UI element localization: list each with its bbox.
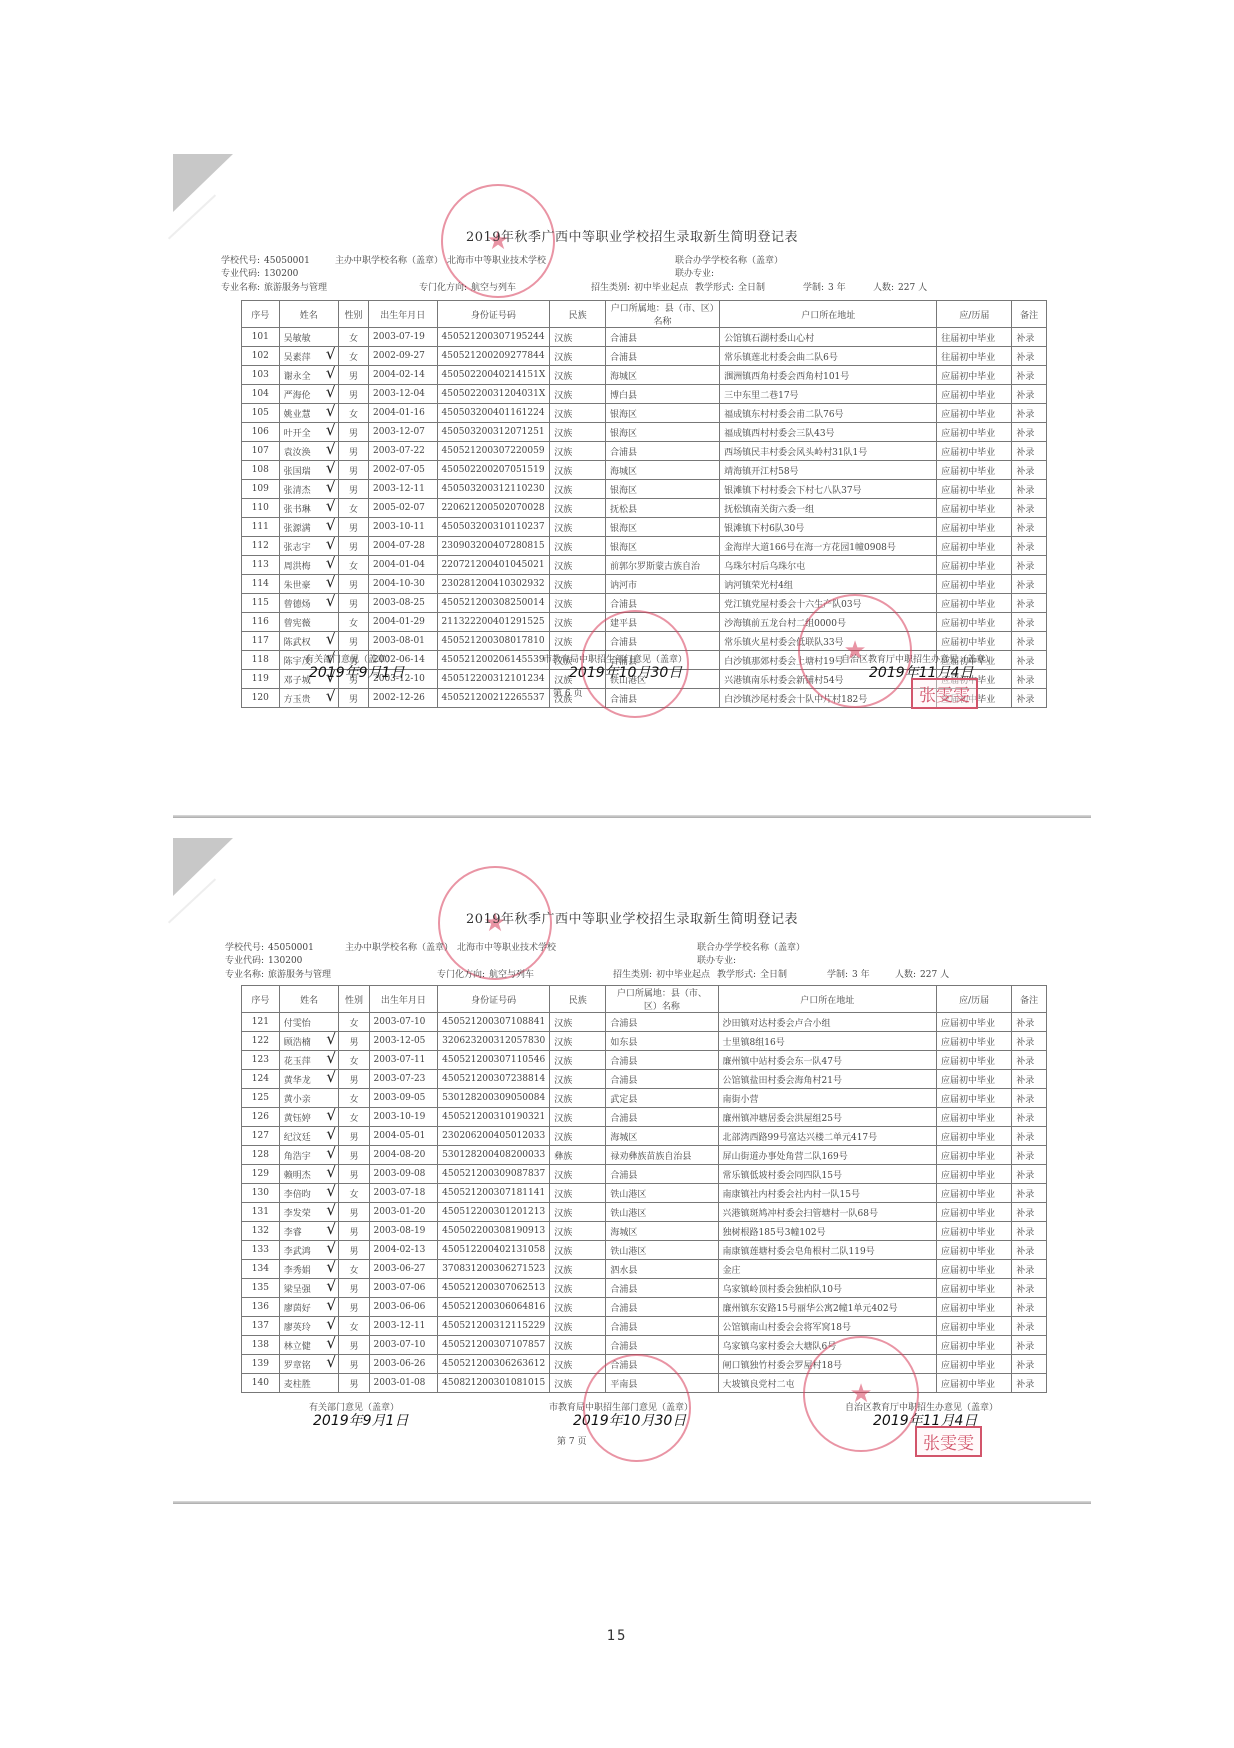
gender-cell: 女 xyxy=(339,1051,369,1070)
table-header-row: 序号姓名性别出生年月日身份证号码民族户口所属地：县（市、区）名称户口所在地址应/… xyxy=(242,301,1047,328)
seq-cell: 138✓ xyxy=(242,1336,280,1355)
graduate-type-cell: 应届初中毕业 xyxy=(937,1146,1012,1165)
birthdate-cell: 2002-09-27 xyxy=(369,347,438,366)
name-cell: 袁汝涣√ xyxy=(279,442,338,461)
seq-cell: 112✓ xyxy=(242,537,280,556)
address-cell: 廉州镇中站村委会东一队47号 xyxy=(718,1051,936,1070)
graduate-type-cell: 应届初中毕业 xyxy=(937,518,1012,537)
graduate-type-cell: 应届初中毕业 xyxy=(937,1222,1012,1241)
graduate-type-cell: 应届初中毕业 xyxy=(937,537,1012,556)
name-cell: 谢永全√ xyxy=(279,366,338,385)
address-cell: 乌珠尔村后乌珠尔屯 xyxy=(720,556,937,575)
check-mark-icon: √ xyxy=(326,385,336,402)
id-number-cell: 450503200312110230 xyxy=(437,480,550,499)
ethnicity-cell: 汉族 xyxy=(550,1127,606,1146)
table-row: 138✓林立健√男2003-07-10450521200307107857汉族合… xyxy=(242,1336,1047,1355)
id-number-cell: 450521200307108841 xyxy=(438,1013,550,1032)
remark-cell: 补录 xyxy=(1012,1374,1047,1393)
ethnicity-cell: 汉族 xyxy=(550,480,606,499)
ethnicity-cell: 汉族 xyxy=(550,499,606,518)
column-header: 应/历届 xyxy=(937,301,1012,328)
remark-cell: 补录 xyxy=(1012,1279,1047,1298)
address-cell: 金海岸大道166号在海一方花园1幢0908号 xyxy=(720,537,937,556)
id-number-cell: 450512200402131058 xyxy=(438,1241,550,1260)
county-cell: 合浦县 xyxy=(606,1279,718,1298)
ethnicity-cell: 汉族 xyxy=(550,1279,606,1298)
birthdate-cell: 2003-01-08 xyxy=(369,1374,438,1393)
seq-cell: 125 xyxy=(242,1089,280,1108)
check-mark-icon: √ xyxy=(326,632,336,649)
table-row: 123✓花玉萍√女2003-07-11450521200307110546汉族合… xyxy=(242,1051,1047,1070)
graduate-type-cell: 应届初中毕业 xyxy=(937,423,1012,442)
gender-cell: 男 xyxy=(338,594,368,613)
id-number-cell: 450521200209277844 xyxy=(437,347,550,366)
table-row: 111✓张源满√男2003-10-11450503200310110237汉族银… xyxy=(242,518,1047,537)
graduate-type-cell: 应届初中毕业 xyxy=(937,366,1012,385)
gender-cell: 女 xyxy=(339,1260,369,1279)
seq-cell: 114✓ xyxy=(242,575,280,594)
column-header: 序号 xyxy=(242,986,280,1013)
name-cell: 李发荣√ xyxy=(279,1203,339,1222)
check-mark-icon: √ xyxy=(326,556,336,573)
county-cell: 抚松县 xyxy=(605,499,719,518)
address-cell: 沙田镇对达村委会卢合小组 xyxy=(718,1013,936,1032)
seq-cell: 104✓ xyxy=(242,385,280,404)
graduate-type-cell: 应届初中毕业 xyxy=(937,556,1012,575)
table-row: 127✓纪汶廷√男2004-05-01230206200405012033汉族海… xyxy=(242,1127,1047,1146)
check-mark-icon: √ xyxy=(326,480,336,497)
ethnicity-cell: 汉族 xyxy=(550,1165,606,1184)
county-cell: 铁山港区 xyxy=(606,1203,718,1222)
duration: 学制:3 年 xyxy=(803,280,846,293)
county-cell: 合浦县 xyxy=(606,1317,718,1336)
graduate-type-cell: 应届初中毕业 xyxy=(937,575,1012,594)
county-cell: 银海区 xyxy=(605,423,719,442)
birthdate-cell: 2004-08-20 xyxy=(369,1146,438,1165)
county-cell: 合浦县 xyxy=(605,347,719,366)
check-mark-icon: √ xyxy=(326,1298,336,1315)
id-number-cell: 370831200306271523 xyxy=(438,1260,550,1279)
remark-cell: 补录 xyxy=(1012,328,1047,347)
birthdate-cell: 2005-02-07 xyxy=(369,499,438,518)
graduate-type-cell: 应届初中毕业 xyxy=(937,1336,1012,1355)
table-row: 109✓张清杰√男2003-12-11450503200312110230汉族银… xyxy=(242,480,1047,499)
birthdate-cell: 2004-01-04 xyxy=(369,556,438,575)
seq-cell: 103✓ xyxy=(242,366,280,385)
remark-cell: 补录 xyxy=(1012,1298,1047,1317)
seq-cell: 115✓ xyxy=(242,594,280,613)
gender-cell: 女 xyxy=(339,1013,369,1032)
seq-cell: 135✓ xyxy=(242,1279,280,1298)
table-row: 104✓严海伦√男2003-12-0445050220031204031X汉族博… xyxy=(242,385,1047,404)
check-mark-icon: √ xyxy=(326,575,336,592)
column-header: 户口所在地址 xyxy=(718,986,936,1013)
address-cell: 福成镇西村村委会三队43号 xyxy=(720,423,937,442)
county-cell: 银海区 xyxy=(605,537,719,556)
name-cell: 朱世豪√ xyxy=(279,575,338,594)
ethnicity-cell: 汉族 xyxy=(550,328,606,347)
graduate-type-cell: 应届初中毕业 xyxy=(937,1165,1012,1184)
column-header: 序号 xyxy=(242,301,280,328)
graduate-type-cell: 应届初中毕业 xyxy=(937,1355,1012,1374)
gender-cell: 男 xyxy=(338,385,368,404)
check-mark-icon: √ xyxy=(326,1051,336,1068)
name-cell: 方玉贵√ xyxy=(279,689,338,708)
address-cell: 靖海镇开江村58号 xyxy=(720,461,937,480)
address-cell: 南街小营 xyxy=(718,1089,936,1108)
check-mark-icon: √ xyxy=(326,347,336,364)
graduate-type-cell: 应届初中毕业 xyxy=(937,1203,1012,1222)
remark-cell: 补录 xyxy=(1012,632,1047,651)
column-header: 性别 xyxy=(339,986,369,1013)
gender-cell: 女 xyxy=(338,556,368,575)
region-office-seal: ★ xyxy=(803,1336,919,1452)
scanned-sheet: ★ 2019年秋季广西中等职业学校招生录取新生简明登记表 学校代号:450500… xyxy=(173,838,1091,1504)
major-name: 专业名称:旅游服务与管理 xyxy=(225,967,331,980)
student-count: 人数:227 人 xyxy=(873,280,927,293)
address-cell: 乌家镇岭顶村委会独柏队10号 xyxy=(718,1279,936,1298)
ethnicity-cell: 汉族 xyxy=(550,1317,606,1336)
name-cell: 吴敏敏 xyxy=(279,328,338,347)
id-number-cell: 320623200312057830 xyxy=(438,1032,550,1051)
address-cell: 福成镇东村村委会甫二队76号 xyxy=(720,404,937,423)
seq-cell: 131✓ xyxy=(242,1203,280,1222)
name-cell: 叶开全√ xyxy=(279,423,338,442)
seq-cell: 140 xyxy=(242,1374,280,1393)
remark-cell: 补录 xyxy=(1012,385,1047,404)
county-cell: 海城区 xyxy=(605,461,719,480)
seq-cell: 123✓ xyxy=(242,1051,280,1070)
check-mark-icon: √ xyxy=(326,594,336,611)
seq-cell: 129✓ xyxy=(242,1165,280,1184)
address-cell: 兴港镇斑鸠冲村委会扫管塘村一队68号 xyxy=(718,1203,936,1222)
id-number-cell: 450521200307195244 xyxy=(437,328,550,347)
birthdate-cell: 2003-09-05 xyxy=(369,1089,438,1108)
seq-cell: 133✓ xyxy=(242,1241,280,1260)
county-cell: 银海区 xyxy=(605,518,719,537)
id-number-cell: 450521200307238814 xyxy=(438,1070,550,1089)
joint-major: 联办专业: xyxy=(697,953,736,966)
id-number-cell: 450521200306064816 xyxy=(438,1298,550,1317)
birthdate-cell: 2003-10-11 xyxy=(369,518,438,537)
birthdate-cell: 2004-10-30 xyxy=(369,575,438,594)
birthdate-cell: 2003-07-11 xyxy=(369,1051,438,1070)
remark-cell: 补录 xyxy=(1012,1127,1047,1146)
remark-cell: 补录 xyxy=(1012,1108,1047,1127)
gender-cell: 男 xyxy=(339,1165,369,1184)
ethnicity-cell: 汉族 xyxy=(550,537,606,556)
seq-cell: 102✓ xyxy=(242,347,280,366)
table-row: 105✓姚业慧√女2004-01-16450503200401161224汉族银… xyxy=(242,404,1047,423)
seq-cell: 126✓ xyxy=(242,1108,280,1127)
remark-cell: 补录 xyxy=(1012,1051,1047,1070)
address-cell: 西场镇民丰村委会风头岭村31队1号 xyxy=(720,442,937,461)
joint-school: 联合办学学校名称（盖章） xyxy=(675,253,783,266)
county-cell: 泗水县 xyxy=(606,1260,718,1279)
remark-cell: 补录 xyxy=(1012,1013,1047,1032)
ethnicity-cell: 汉族 xyxy=(550,1336,606,1355)
gender-cell: 男 xyxy=(339,1127,369,1146)
graduate-type-cell: 应届初中毕业 xyxy=(937,385,1012,404)
check-mark-icon: √ xyxy=(326,423,336,440)
graduate-type-cell: 应届初中毕业 xyxy=(937,1374,1012,1393)
table-row: 133✓李武鸿√男2004-02-13450512200402131058汉族铁… xyxy=(242,1241,1047,1260)
birthdate-cell: 2003-09-08 xyxy=(369,1165,438,1184)
ethnicity-cell: 汉族 xyxy=(550,347,606,366)
birthdate-cell: 2003-12-04 xyxy=(369,385,438,404)
seq-cell: 101 xyxy=(242,328,280,347)
page-number: 15 xyxy=(0,1628,1234,1644)
signature-stamp: 张雯雯 xyxy=(911,678,978,709)
remark-cell: 补录 xyxy=(1012,1089,1047,1108)
birthdate-cell: 2003-07-10 xyxy=(369,1013,438,1032)
birthdate-cell: 2003-07-10 xyxy=(369,1336,438,1355)
remark-cell: 补录 xyxy=(1012,651,1047,670)
check-mark-icon: √ xyxy=(326,1127,336,1144)
seq-cell: 124✓ xyxy=(242,1070,280,1089)
host-school: 主办中职学校名称（盖章）北海市中等职业技术学校 xyxy=(345,940,556,953)
table-row: 115✓曾德炀√男2003-08-25450521200308250014汉族合… xyxy=(242,594,1047,613)
seq-cell: 136✓ xyxy=(242,1298,280,1317)
ethnicity-cell: 汉族 xyxy=(550,594,606,613)
check-mark-icon: √ xyxy=(326,1355,336,1372)
county-cell: 武定县 xyxy=(606,1089,718,1108)
ethnicity-cell: 汉族 xyxy=(550,1222,606,1241)
ethnicity-cell: 汉族 xyxy=(550,1241,606,1260)
address-cell: 南康镇莲塘村委会皂角根村二队119号 xyxy=(718,1241,936,1260)
birthdate-cell: 2003-12-11 xyxy=(369,1317,438,1336)
address-cell: 涠洲镇西角村委会西角村101号 xyxy=(720,366,937,385)
name-cell: 罗章铭√ xyxy=(279,1355,339,1374)
county-cell: 合浦县 xyxy=(605,594,719,613)
birthdate-cell: 2003-07-18 xyxy=(369,1184,438,1203)
gender-cell: 男 xyxy=(338,461,368,480)
region-office-seal: ★ xyxy=(798,594,912,708)
graduate-type-cell: 应届初中毕业 xyxy=(937,1108,1012,1127)
column-header: 应/历届 xyxy=(937,986,1012,1013)
seq-cell: 139✓ xyxy=(242,1355,280,1374)
name-cell: 花玉萍√ xyxy=(279,1051,339,1070)
gender-cell: 男 xyxy=(338,366,368,385)
host-school: 主办中职学校名称（盖章）北海市中等职业技术学校 xyxy=(335,253,546,266)
id-number-cell: 45050220031204031X xyxy=(437,385,550,404)
graduate-type-cell: 应届初中毕业 xyxy=(937,499,1012,518)
county-cell: 合浦县 xyxy=(606,1298,718,1317)
county-cell: 海城区 xyxy=(606,1222,718,1241)
county-cell: 海城区 xyxy=(606,1127,718,1146)
ethnicity-cell: 汉族 xyxy=(550,1108,606,1127)
seq-cell: 113✓ xyxy=(242,556,280,575)
graduate-type-cell: 应届初中毕业 xyxy=(937,461,1012,480)
gender-cell: 女 xyxy=(339,1317,369,1336)
name-cell: 黄华龙√ xyxy=(279,1070,339,1089)
remark-cell: 补录 xyxy=(1012,1203,1047,1222)
table-row: 130✓李倍昀√女2003-07-18450521200307181141汉族铁… xyxy=(242,1184,1047,1203)
ethnicity-cell: 汉族 xyxy=(550,461,606,480)
id-number-cell: 45050220040214151X xyxy=(437,366,550,385)
gender-cell: 男 xyxy=(339,1355,369,1374)
county-cell: 合浦县 xyxy=(606,1108,718,1127)
scanned-sheet: ★ 2019年秋季广西中等职业学校招生录取新生简明登记表 学校代号:450500… xyxy=(173,154,1091,818)
remark-cell: 补录 xyxy=(1012,347,1047,366)
check-mark-icon: √ xyxy=(326,1260,336,1277)
gender-cell: 男 xyxy=(339,1222,369,1241)
table-row: 113✓周洪梅√女2004-01-04220721200401045021汉族前… xyxy=(242,556,1047,575)
table-row: 114✓朱世豪√男2004-10-30230281200410302932汉族讷… xyxy=(242,575,1047,594)
graduate-type-cell: 应届初中毕业 xyxy=(937,1184,1012,1203)
seq-cell: 111✓ xyxy=(242,518,280,537)
graduate-type-cell: 应届初中毕业 xyxy=(937,1279,1012,1298)
remark-cell: 补录 xyxy=(1012,689,1047,708)
seq-cell: 132✓ xyxy=(242,1222,280,1241)
name-cell: 张源满√ xyxy=(279,518,338,537)
birthdate-cell: 2003-08-19 xyxy=(369,1222,438,1241)
column-header: 民族 xyxy=(550,986,606,1013)
enroll-info: 招生类别:初中毕业起点 教学形式:全日制 xyxy=(613,967,787,980)
remark-cell: 补录 xyxy=(1012,480,1047,499)
graduate-type-cell: 应届初中毕业 xyxy=(937,1298,1012,1317)
id-number-cell: 450521200212265537 xyxy=(437,689,550,708)
seq-cell: 110✓ xyxy=(242,499,280,518)
name-cell: 角浩宇√ xyxy=(279,1146,339,1165)
id-number-cell: 450521200309087837 xyxy=(438,1165,550,1184)
seq-cell: 121 xyxy=(242,1013,280,1032)
seq-cell: 116 xyxy=(242,613,280,632)
check-mark-icon: √ xyxy=(326,366,336,383)
address-cell: 廉州镇东安路15号丽华公寓2幢1单元402号 xyxy=(718,1298,936,1317)
birthdate-cell: 2002-07-05 xyxy=(369,461,438,480)
address-cell: 常乐镇莲北村委会曲二队6号 xyxy=(720,347,937,366)
ethnicity-cell: 汉族 xyxy=(550,366,606,385)
address-cell: 公馆镇南山村委会会将军窝18号 xyxy=(718,1317,936,1336)
name-cell: 曾德炀√ xyxy=(279,594,338,613)
gender-cell: 男 xyxy=(339,1241,369,1260)
remark-cell: 补录 xyxy=(1012,575,1047,594)
name-cell: 李秀娟√ xyxy=(279,1260,339,1279)
column-header: 出生年月日 xyxy=(369,301,438,328)
gender-cell: 男 xyxy=(339,1146,369,1165)
graduate-type-cell: 应届初中毕业 xyxy=(937,1089,1012,1108)
remark-cell: 补录 xyxy=(1012,1146,1047,1165)
ethnicity-cell: 汉族 xyxy=(550,1013,606,1032)
ethnicity-cell: 汉族 xyxy=(550,1089,606,1108)
check-mark-icon: √ xyxy=(326,689,336,706)
id-number-cell: 450521200310190321 xyxy=(438,1108,550,1127)
id-number-cell: 211322200401291525 xyxy=(437,613,550,632)
address-cell: 士里镇8组16号 xyxy=(718,1032,936,1051)
birthdate-cell: 2004-05-01 xyxy=(369,1127,438,1146)
county-cell: 合浦县 xyxy=(606,1051,718,1070)
address-cell: 三中东里二巷17号 xyxy=(720,385,937,404)
id-number-cell: 220721200401045021 xyxy=(437,556,550,575)
address-cell: 南康镇社内村委会社内村一队15号 xyxy=(718,1184,936,1203)
remark-cell: 补录 xyxy=(1012,1355,1047,1374)
name-cell: 吴素萍√ xyxy=(279,347,338,366)
table-row: 132✓李睿√男2003-08-19450502200308190913汉族海城… xyxy=(242,1222,1047,1241)
name-cell: 李倍昀√ xyxy=(279,1184,339,1203)
dept-opinion-date: 2019年9月1日 xyxy=(313,1410,408,1430)
birthdate-cell: 2004-01-16 xyxy=(369,404,438,423)
student-count: 人数:227 人 xyxy=(895,967,949,980)
remark-cell: 补录 xyxy=(1012,1070,1047,1089)
id-number-cell: 450512200312101234 xyxy=(437,670,550,689)
gender-cell: 男 xyxy=(338,480,368,499)
county-cell: 合浦县 xyxy=(606,1336,718,1355)
seq-cell: 122✓ xyxy=(242,1032,280,1051)
column-header: 户口所在地址 xyxy=(720,301,937,328)
remark-cell: 补录 xyxy=(1012,1032,1047,1051)
check-mark-icon: √ xyxy=(326,404,336,421)
id-number-cell: 450502200207051519 xyxy=(437,461,550,480)
county-cell: 合浦县 xyxy=(605,442,719,461)
table-row: 134✓李秀娟√女2003-06-27370831200306271523汉族泗… xyxy=(242,1260,1047,1279)
remark-cell: 补录 xyxy=(1012,442,1047,461)
seq-cell: 118✓ xyxy=(242,651,280,670)
remark-cell: 补录 xyxy=(1012,404,1047,423)
gender-cell: 女 xyxy=(338,613,368,632)
table-row: 125黄小亲女2003-09-05530128200309050084汉族武定县… xyxy=(242,1089,1047,1108)
signature-stamp: 张雯雯 xyxy=(915,1426,982,1457)
check-mark-icon: √ xyxy=(326,1108,336,1125)
table-row: 106✓叶开全√男2003-12-07450503200312071251汉族银… xyxy=(242,423,1047,442)
check-mark-icon: √ xyxy=(326,518,336,535)
gender-cell: 男 xyxy=(338,632,368,651)
birthdate-cell: 2003-06-27 xyxy=(369,1260,438,1279)
address-cell: 公馆镇盐田村委会海角村21号 xyxy=(718,1070,936,1089)
name-cell: 周洪梅√ xyxy=(279,556,338,575)
birthdate-cell: 2003-12-05 xyxy=(369,1032,438,1051)
specialization: 专门化方向:航空与列车 xyxy=(437,967,534,980)
county-cell: 讷河市 xyxy=(605,575,719,594)
seq-cell: 117✓ xyxy=(242,632,280,651)
ethnicity-cell: 汉族 xyxy=(550,442,606,461)
column-header: 出生年月日 xyxy=(369,986,438,1013)
gender-cell: 女 xyxy=(339,1089,369,1108)
birthdate-cell: 2003-01-20 xyxy=(369,1203,438,1222)
address-cell: 金庄 xyxy=(718,1260,936,1279)
page-edge xyxy=(173,1501,1091,1504)
table-row: 137✓廖英玲√女2003-12-11450521200312115229汉族合… xyxy=(242,1317,1047,1336)
gender-cell: 女 xyxy=(338,347,368,366)
gender-cell: 男 xyxy=(338,518,368,537)
ethnicity-cell: 汉族 xyxy=(550,1184,606,1203)
county-cell: 铁山港区 xyxy=(606,1184,718,1203)
dept-opinion-date: 2019年9月1日 xyxy=(309,662,404,682)
check-mark-icon: √ xyxy=(326,1279,336,1296)
name-cell: 黄钰婷√ xyxy=(279,1108,339,1127)
ethnicity-cell: 彝族 xyxy=(550,1146,606,1165)
seq-cell: 105✓ xyxy=(242,404,280,423)
id-number-cell: 450821200301081015 xyxy=(438,1374,550,1393)
major-name: 专业名称:旅游服务与管理 xyxy=(221,280,327,293)
column-header: 户口所属地：县（市、区）名称 xyxy=(605,301,719,328)
check-mark-icon: √ xyxy=(326,1336,336,1353)
ethnicity-cell: 汉族 xyxy=(550,1032,606,1051)
birthdate-cell: 2003-08-01 xyxy=(369,632,438,651)
table-row: 128✓角浩宇√男2004-08-20530128200408200033彝族禄… xyxy=(242,1146,1047,1165)
column-header: 姓名 xyxy=(279,986,339,1013)
table-row: 108✓张国瑞√男2002-07-05450502200207051519汉族海… xyxy=(242,461,1047,480)
column-header: 备注 xyxy=(1012,986,1047,1013)
remark-cell: 补录 xyxy=(1012,1165,1047,1184)
remark-cell: 补录 xyxy=(1012,556,1047,575)
id-number-cell: 530128200408200033 xyxy=(438,1146,550,1165)
name-cell: 廖英玲√ xyxy=(279,1317,339,1336)
id-number-cell: 450521200307220059 xyxy=(437,442,550,461)
id-number-cell: 450521200307181141 xyxy=(438,1184,550,1203)
address-cell: 讷河镇荣光村4组 xyxy=(720,575,937,594)
birthdate-cell: 2003-07-06 xyxy=(369,1279,438,1298)
